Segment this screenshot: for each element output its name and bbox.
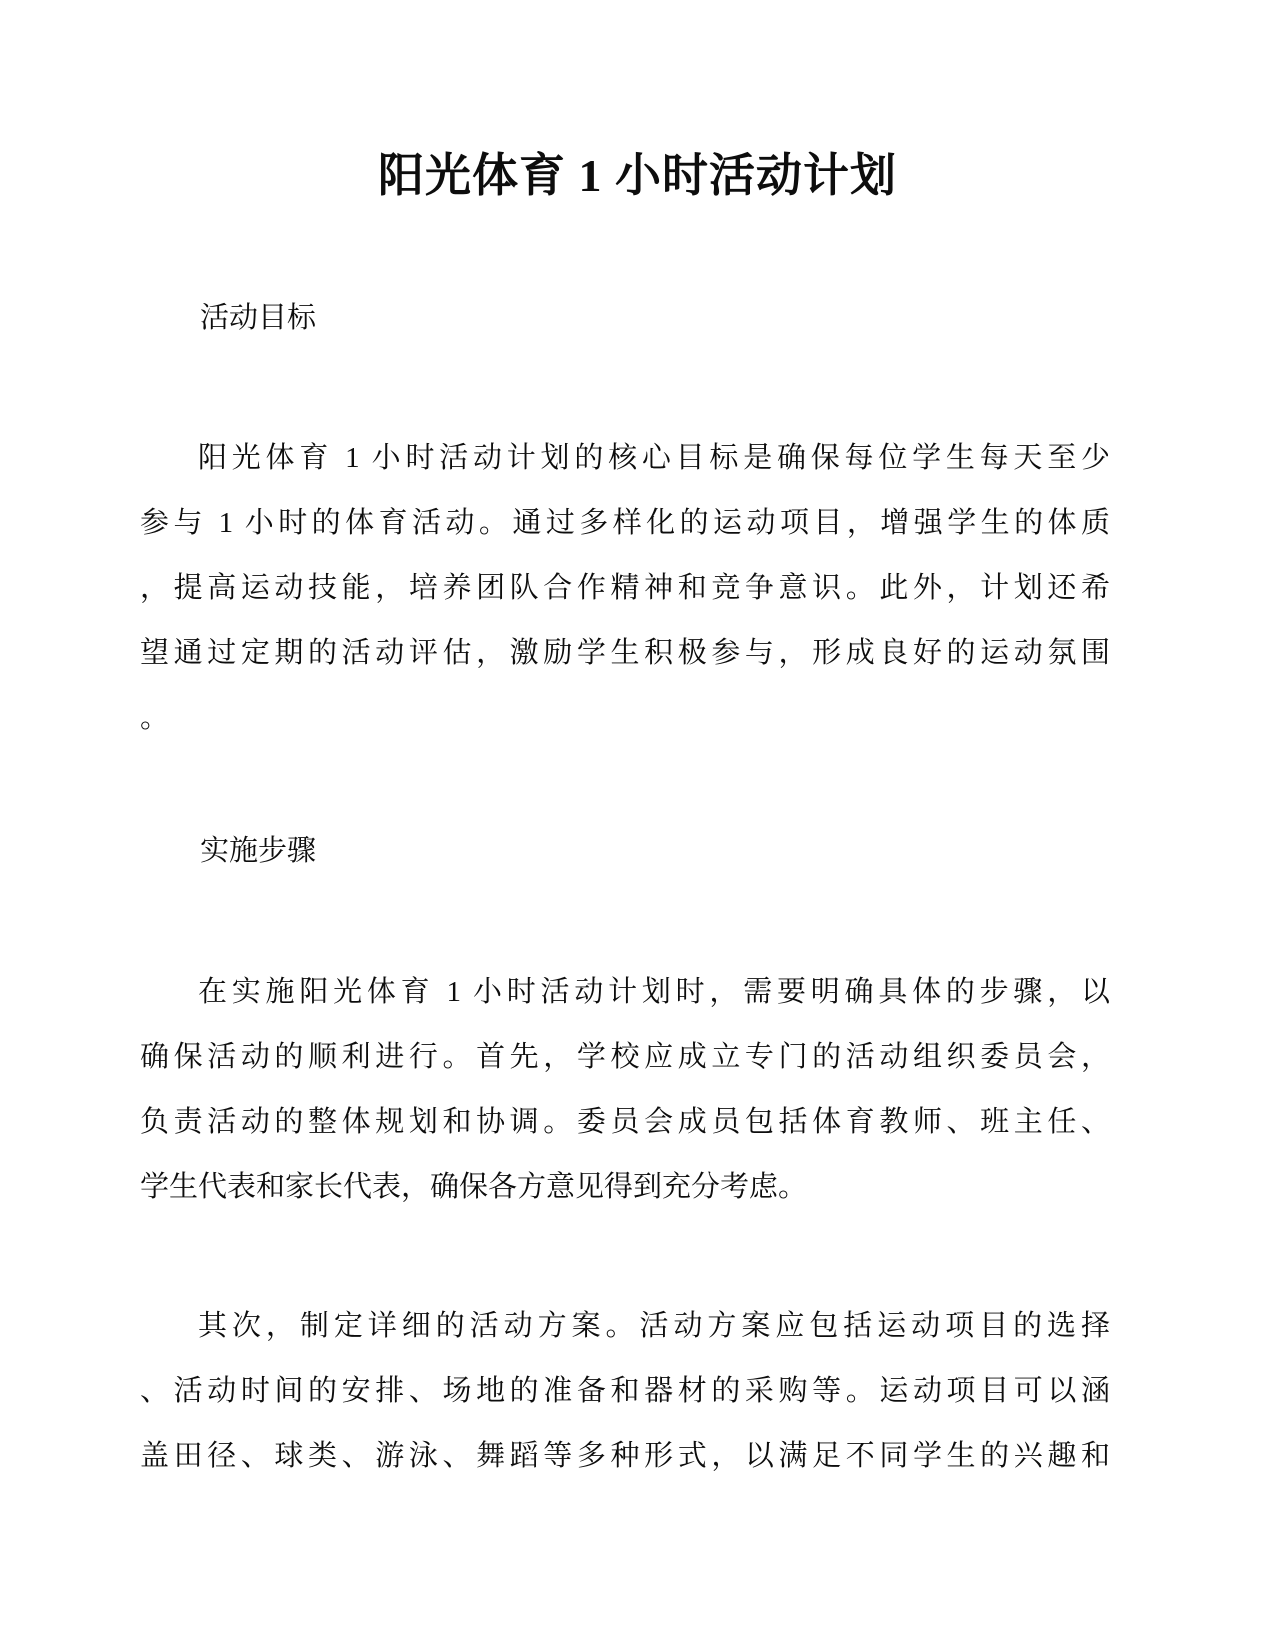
- text-line: ，提高运动技能，培养团队合作精神和竞争意识。此外，计划还希: [140, 556, 1110, 621]
- text-line: 在实施阳光体育 1 小时活动计划时，需要明确具体的步骤，以: [140, 960, 1110, 1025]
- text-line: 学生代表和家长代表，确保各方意见得到充分考虑。: [140, 1155, 1110, 1220]
- paragraph-activity-goals: 阳光体育 1 小时活动计划的核心目标是确保每位学生每天至少 参与 1 小时的体育…: [140, 426, 1110, 751]
- paragraph-activity-plan: 其次，制定详细的活动方案。活动方案应包括运动项目的选择 、活动时间的安排、场地的…: [140, 1294, 1110, 1489]
- text-line: 负责活动的整体规划和协调。委员会成员包括体育教师、班主任、: [140, 1090, 1110, 1155]
- text-line: 确保活动的顺利进行。首先，学校应成立专门的活动组织委员会，: [140, 1025, 1110, 1090]
- text-line: 。: [140, 686, 1110, 751]
- text-line: 盖田径、球类、游泳、舞蹈等多种形式，以满足不同学生的兴趣和: [140, 1424, 1110, 1489]
- text-line: 阳光体育 1 小时活动计划的核心目标是确保每位学生每天至少: [140, 426, 1110, 491]
- text-line: 望通过定期的活动评估，激励学生积极参与，形成良好的运动氛围: [140, 621, 1110, 686]
- document-title: 阳光体育 1 小时活动计划: [0, 140, 1275, 212]
- text-line: 、活动时间的安排、场地的准备和器材的采购等。运动项目可以涵: [140, 1359, 1110, 1424]
- section-heading-activity-goals: 活动目标: [140, 286, 1110, 351]
- text-line: 其次，制定详细的活动方案。活动方案应包括运动项目的选择: [140, 1294, 1110, 1359]
- document-page: 阳光体育 1 小时活动计划 活动目标 阳光体育 1 小时活动计划的核心目标是确保…: [0, 0, 1275, 1650]
- text-line: 参与 1 小时的体育活动。通过多样化的运动项目，增强学生的体质: [140, 491, 1110, 556]
- section-heading-implementation-steps: 实施步骤: [140, 819, 1110, 884]
- paragraph-implementation-committee: 在实施阳光体育 1 小时活动计划时，需要明确具体的步骤，以 确保活动的顺利进行。…: [140, 960, 1110, 1220]
